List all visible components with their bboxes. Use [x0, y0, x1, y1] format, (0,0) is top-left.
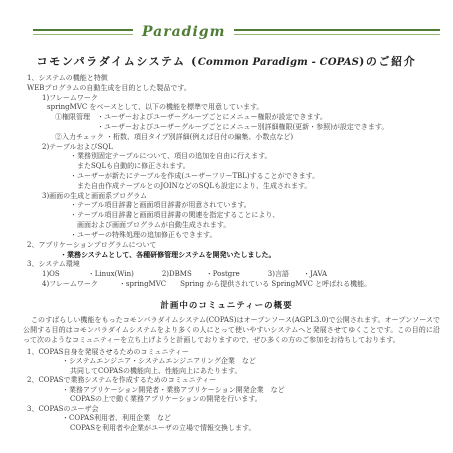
document-page: Paradigm コモンパラダイムシステム (Common Paradigm -…	[0, 0, 453, 453]
community-heading: 計画中のコミュニティーの概要	[0, 299, 453, 311]
doc-line: COPASを利用者や企業がユーザの立場で情報交換します。	[27, 424, 453, 434]
doc-line: 4)フレームワーク ・springMVC Spring から提供されている Sp…	[27, 280, 453, 290]
doc-line: ・テーブル項目辞書と画面項目辞書の関連を指定することにより、	[27, 211, 453, 221]
doc-line: ・システムエンジニア・システムエンジニアリング企業 など	[27, 357, 453, 367]
doc-line: 1)OS ・Linux(Win) 2)DBMS ・Postgre 3)言語 ・J…	[27, 270, 453, 280]
doc-line: ・業務別固定テーブルについて、項目の追加を自由に行えます。	[27, 152, 453, 162]
doc-line: 1、COPAS自身を発展させるためのコミュニティー	[27, 348, 453, 358]
doc-line: ②入力チェック ・桁数、項目タイプ別詳細(例えば日付の編集、小数点など)	[27, 133, 453, 143]
header-rule-right	[234, 29, 440, 35]
doc-line: ・COPAS利用者、利用企業 など	[27, 414, 453, 424]
doc-line: 2)テーブルおよびSQL	[27, 143, 453, 153]
doc-line: springMVC をベースとして、以下の機能を標準で用意しています。	[27, 103, 453, 113]
doc-line: WEBプログラムの自動生成を目的とした製品です。	[27, 84, 453, 94]
page-title-en: Common Paradigm - COPAS	[198, 57, 359, 68]
header-rule-left	[33, 29, 133, 35]
doc-line: 1)フレームワーク	[27, 94, 453, 104]
community-intro-paragraph: このすばらしい機能をもったコモンパラダイムシステム(COPAS)はオープンソース…	[23, 315, 440, 345]
brand-logo: Paradigm	[133, 24, 234, 40]
page-title-jp: コモンパラダイムシステム (	[37, 55, 198, 68]
doc-line: 3)画面の生成と画面系プログラム	[27, 192, 453, 202]
doc-line: ・ユーザーおよびユーザーグループごとにメニュー別詳細権限(更新・参照)が設定でき…	[27, 123, 453, 133]
doc-line: 2、アプリケーションプログラムについて	[27, 241, 453, 251]
doc-line: 画面および画面プログラムが自動生成されます。	[27, 221, 453, 231]
community-list-section: 1、COPAS自身を発展させるためのコミュニティー・システムエンジニア・システム…	[27, 348, 453, 434]
doc-line: COPASの上で動く業務アプリケーションの開発を行います。	[27, 395, 453, 405]
doc-line: 3、COPASのユーザ会	[27, 405, 453, 415]
doc-line: また自由作成テーブルとのJOINなどのSQLも設定により、生成されます。	[27, 182, 453, 192]
doc-line: ①権限管理 ・ユーザーおよびユーザーグループごとにメニュー権限が設定できます。	[27, 113, 453, 123]
doc-line: ・ユーザーが新たにテーブルを作成(ユーザーフリーTBL)することができます。	[27, 172, 453, 182]
doc-line: ・業務システムとして、各種研修管理システムを開発いたしました。	[27, 250, 453, 260]
page-title: コモンパラダイムシステム (Common Paradigm - COPAS)のご…	[0, 53, 453, 69]
doc-line: ・テーブル項目辞書と画面項目辞書が用意されています。	[27, 201, 453, 211]
doc-line: ・業務アプリケーション開発者・業務アプリケーション開発企業 など	[27, 386, 453, 396]
doc-line: 3、システム環境	[27, 260, 453, 270]
doc-line: 2、COPASで業務システムを作成するためのコミュニティー	[27, 376, 453, 386]
page-title-suffix: )のご紹介	[359, 55, 416, 68]
system-overview-section: 1、システムの機能と特徴WEBプログラムの自動生成を目的とした製品です。1)フレ…	[27, 74, 453, 290]
brand-header: Paradigm	[0, 0, 453, 40]
doc-line: 共同してCOPASの機能向上、性能向上にあたります。	[27, 367, 453, 377]
doc-line: 1、システムの機能と特徴	[27, 74, 453, 84]
doc-line: またSQLも自動的に修正されます。	[27, 162, 453, 172]
doc-line: ・ユーザーの特殊処理の追加修正もできます。	[27, 231, 453, 241]
